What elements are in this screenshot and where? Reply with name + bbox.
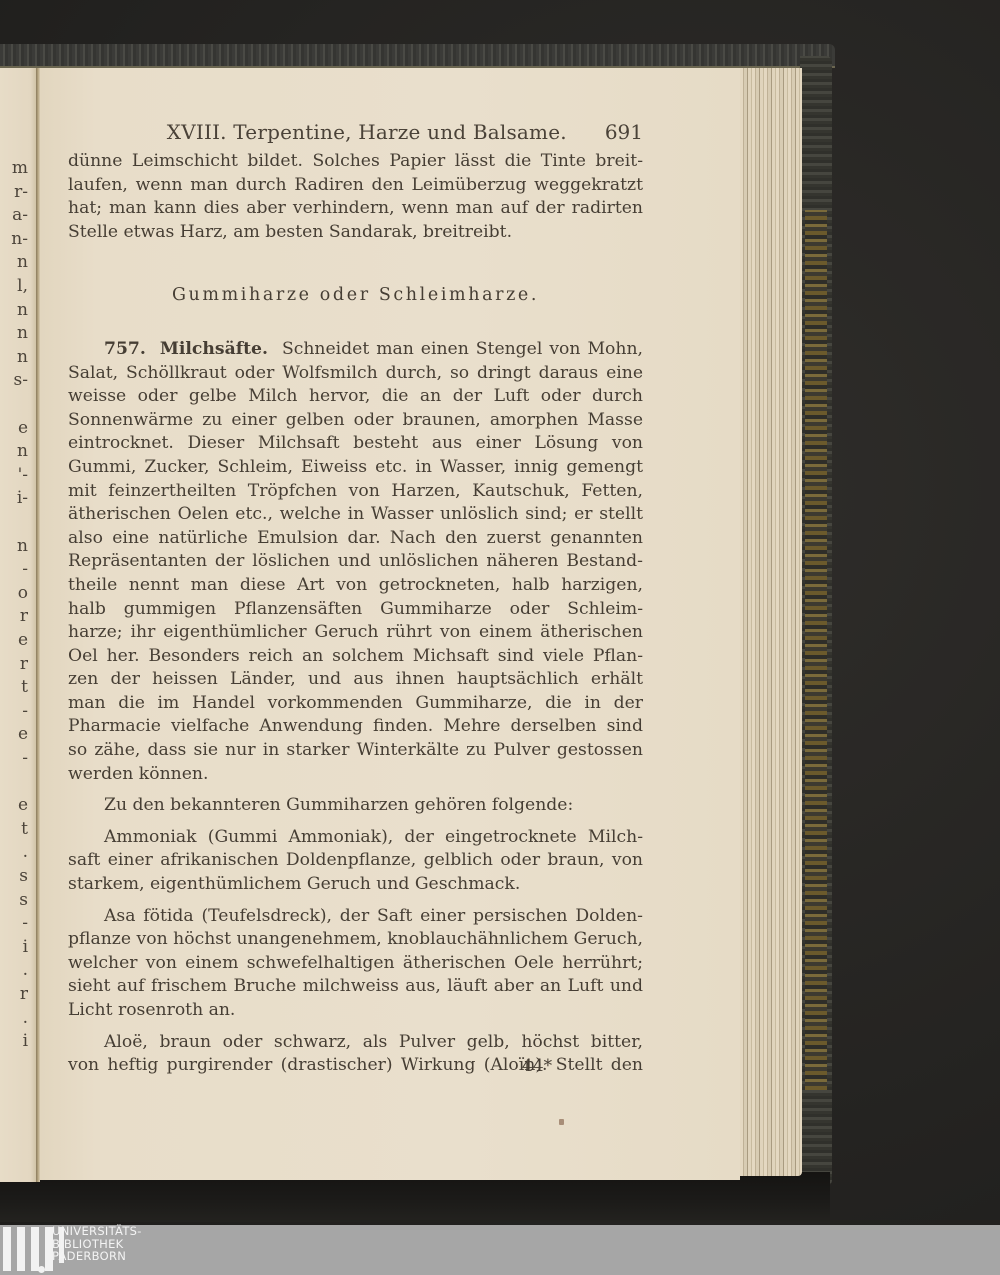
text-line: Ammoniak (Gummi Ammoniak), der eingetroc…	[68, 826, 643, 850]
text-line: ätherischen Oelen etc., welche in Wasser…	[68, 503, 643, 527]
text-line: harze; ihr eigenthümlicher Geruch rührt …	[68, 621, 643, 645]
text-line: mit feinzertheilten Tröpfchen von Harzen…	[68, 480, 643, 504]
left-page-fragment: n	[17, 250, 28, 274]
text-line: Zu den bekannteren Gummiharzen gehören f…	[68, 794, 643, 818]
footer-bar	[0, 1225, 1000, 1275]
entry-asa-foetida: Asa fötida (Teufelsdreck), der Saft eine…	[68, 905, 643, 1023]
text-line: Sonnenwärme zu einer gelben oder braunen…	[68, 409, 643, 433]
left-page-fragment: r	[20, 982, 28, 1006]
text-line: zen der heissen Länder, und aus ihnen ha…	[68, 668, 643, 692]
text-line: Oel her. Besonders reich an solchem Mich…	[68, 645, 643, 669]
library-name: UNIVERSITÄTS- BIBLIOTHEK PADERBORN	[52, 1225, 142, 1263]
text-fragment: Schneidet man einen Stengel von Mohn,	[282, 339, 643, 359]
left-page-fragment: s	[19, 864, 28, 888]
page-text: XVIII. Terpentine, Harze und Balsame. 69…	[68, 118, 643, 1078]
left-page-fragment: a-	[12, 203, 28, 227]
left-page-fragment: i-	[17, 486, 28, 510]
text-line: Gummi, Zucker, Schleim, Eiweiss etc. in …	[68, 456, 643, 480]
left-page-fragment: e	[18, 416, 28, 440]
left-page-fragment: n-	[11, 227, 28, 251]
text-line: dünne Leimschicht bildet. Solches Papier…	[68, 150, 643, 174]
left-page-fragment: .	[23, 840, 28, 864]
left-page-fragment: .	[23, 1006, 28, 1030]
library-name-line: UNIVERSITÄTS-	[52, 1225, 142, 1238]
left-page-fragment: e	[18, 793, 28, 817]
left-page-fragment: -	[22, 699, 28, 723]
left-page-fragment: -	[22, 746, 28, 770]
text-line: von heftig purgirender (drastischer) Wir…	[68, 1054, 643, 1078]
page-number: 691	[605, 118, 643, 146]
left-page-fragment: i	[23, 935, 28, 959]
left-page-sliver: mr-a-n-nl,nnns-en'-i-n-orert-e-et.ss-i.r…	[0, 68, 38, 1182]
left-page-fragment: r	[20, 652, 28, 676]
text-line: halb gummigen Pflanzensäften Gummiharze …	[68, 598, 643, 622]
text-line: Salat, Schöllkraut oder Wolfsmilch durch…	[68, 362, 643, 386]
text-line: eintrocknet. Dieser Milchsaft besteht au…	[68, 432, 643, 456]
running-head-title: XVIII. Terpentine, Harze und Balsame.	[167, 118, 567, 146]
entry-aloe: Aloë, braun oder schwarz, als Pulver gel…	[68, 1031, 643, 1078]
continuation-paragraph: dünne Leimschicht bildet. Solches Papier…	[68, 150, 643, 244]
left-page-fragment: t	[21, 817, 28, 841]
left-page-fragment: s-	[14, 368, 28, 392]
text-line: Asa fötida (Teufelsdreck), der Saft eine…	[68, 905, 643, 929]
text-line: welcher von einem schwefelhaltigen äther…	[68, 952, 643, 976]
text-line: man die im Handel vorkommenden Gummiharz…	[68, 692, 643, 716]
text-line: Stelle etwas Harz, am besten Sandarak, b…	[68, 221, 643, 245]
left-page-fragment: -	[22, 557, 28, 581]
text-line: laufen, wenn man durch Radiren den Leimü…	[68, 174, 643, 198]
text-line: werden können.	[68, 763, 643, 787]
text-line: hat; man kann dies aber verhindern, wenn…	[68, 197, 643, 221]
left-page-fragment: n	[17, 534, 28, 558]
section-heading: Milchsäfte.	[160, 339, 268, 359]
section-number: 757.	[104, 339, 146, 359]
library-name-line: PADERBORN	[52, 1250, 142, 1263]
left-page-fragment: r	[20, 604, 28, 628]
left-page-fragment: e	[18, 722, 28, 746]
left-page-fragment: n	[17, 439, 28, 463]
left-page-fragment: i	[23, 1029, 28, 1053]
text-line: 757. Milchsäfte. Schneidet man einen Ste…	[68, 338, 643, 362]
book-spine-gilt-edge	[805, 210, 827, 1090]
text-line: also eine natürliche Emulsion dar. Nach …	[68, 527, 643, 551]
left-page-fragment: r-	[14, 180, 28, 204]
library-logo-dot-icon	[38, 1266, 45, 1273]
left-page-fragment: .	[23, 958, 28, 982]
paragraph-757-lines: Salat, Schöllkraut oder Wolfsmilch durch…	[68, 362, 643, 787]
left-page-fragment: n	[17, 298, 28, 322]
text-line: starkem, eigenthümlichem Geruch und Gesc…	[68, 873, 643, 897]
paper-speck	[559, 1119, 564, 1125]
text-line: Licht rosenroth an.	[68, 999, 643, 1023]
left-page-fragment: s	[19, 888, 28, 912]
text-line: pflanze von höchst unangenehmem, knoblau…	[68, 928, 643, 952]
left-page-fragment: o	[18, 581, 28, 605]
text-line: Aloë, braun oder schwarz, als Pulver gel…	[68, 1031, 643, 1055]
left-page-fragment: '-	[18, 463, 28, 487]
text-line: Pharmacie vielfache Anwendung finden. Me…	[68, 715, 643, 739]
left-page-fragment: n	[17, 345, 28, 369]
text-line: so zähe, dass sie nur in starker Winterk…	[68, 739, 643, 763]
left-page-fragment: e	[18, 628, 28, 652]
text-line: saft einer afrikanischen Doldenpflanze, …	[68, 849, 643, 873]
left-page-fragment: m	[12, 156, 28, 180]
book-cover-top-edge	[0, 44, 835, 68]
paragraph-757: 757. Milchsäfte. Schneidet man einen Ste…	[68, 338, 643, 786]
text-line: weisse oder gelbe Milch hervor, die an d…	[68, 385, 643, 409]
section-title: Gummiharze oder Schleimharze.	[68, 284, 643, 308]
page-edges-stack	[740, 68, 802, 1176]
text-line: theile nennt man diese Art von getrockne…	[68, 574, 643, 598]
left-page-fragment: -	[22, 911, 28, 935]
left-page-fragment: t	[21, 675, 28, 699]
text-line: sieht auf frischem Bruche milchweiss aus…	[68, 975, 643, 999]
signature-mark: 44*	[522, 1056, 552, 1076]
left-page-fragment: n	[17, 321, 28, 345]
left-page-fragment: l,	[17, 274, 28, 298]
text-line: Repräsentanten der löslichen und unlösli…	[68, 550, 643, 574]
entry-ammoniak: Ammoniak (Gummi Ammoniak), der eingetroc…	[68, 826, 643, 897]
running-header: XVIII. Terpentine, Harze und Balsame. 69…	[68, 118, 643, 146]
